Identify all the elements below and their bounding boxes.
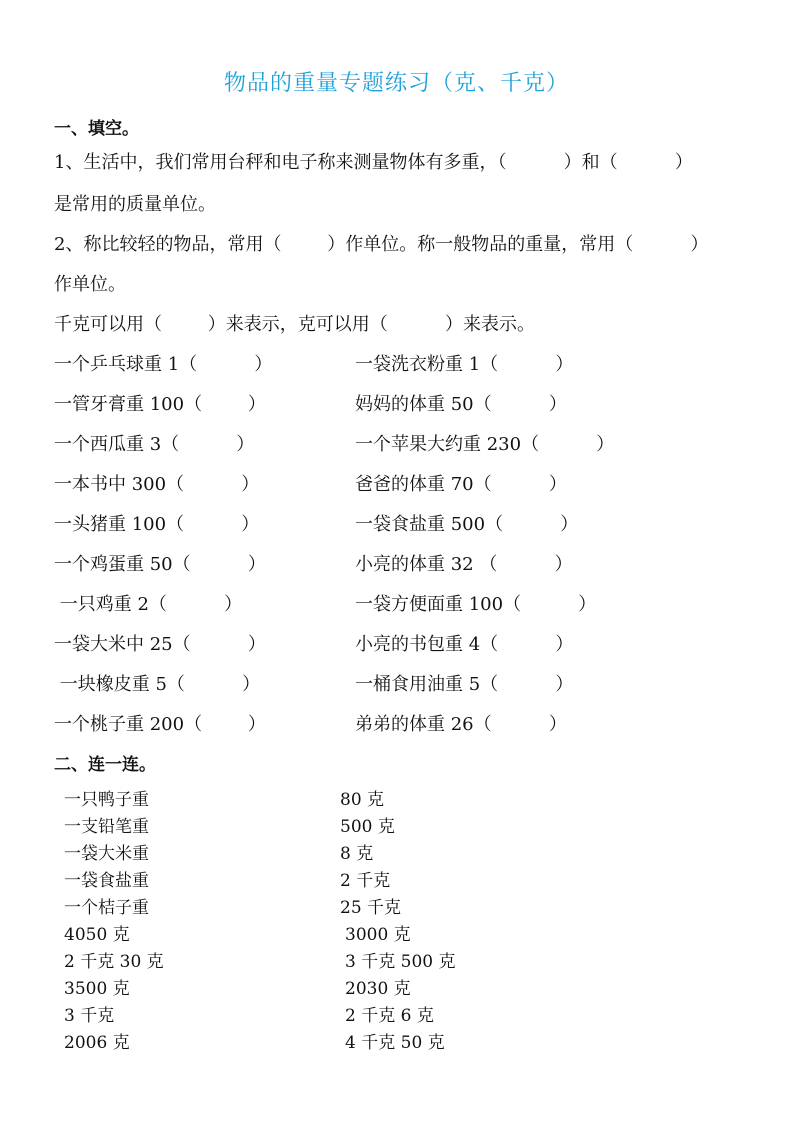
match-item: 一袋食盐重 — [64, 866, 149, 891]
fill-item: 一袋大米中 25（ ） — [54, 630, 266, 656]
fill-item: 小亮的体重 32 （ ） — [355, 550, 573, 576]
fill-item: 一袋食盐重 500（ ） — [355, 510, 578, 536]
fill-item: 一头猪重 100（ ） — [54, 510, 259, 536]
match-item: 2 千克 — [340, 866, 390, 891]
section1-heading: 一、填空。 — [54, 114, 139, 139]
match-item: 一只鸭子重 — [64, 785, 149, 810]
question-1-line-1: 1、生活中，我们常用台秤和电子称来测量物体有多重，（ ）和（ ） — [54, 148, 693, 174]
fill-item: 一袋洗衣粉重 1（ ） — [355, 350, 573, 376]
fill-item: 一袋方便面重 100（ ） — [355, 590, 596, 616]
match-item: 80 克 — [340, 785, 384, 810]
fill-item: 小亮的书包重 4（ ） — [355, 630, 573, 656]
fill-item: 爸爸的体重 70（ ） — [355, 470, 567, 496]
match-item: 2 千克 30 克 — [64, 947, 164, 972]
fill-item: 一个鸡蛋重 50（ ） — [54, 550, 266, 576]
section2-heading: 二、连一连。 — [54, 750, 156, 775]
match-item: 3000 克 — [345, 920, 411, 945]
match-item: 3 千克 500 克 — [345, 947, 455, 972]
match-item: 2 千克 6 克 — [345, 1001, 434, 1026]
fill-item: 一管牙膏重 100（ ） — [54, 390, 266, 416]
question-2-line-1: 2、称比较轻的物品，常用（ ）作单位。称一般物品的重量，常用（ ） — [54, 230, 708, 256]
question-2-line-2: 作单位。 — [54, 270, 126, 296]
match-item: 25 千克 — [340, 893, 401, 918]
match-item: 4050 克 — [64, 920, 130, 945]
fill-item: 一只鸡重 2（ ） — [54, 590, 242, 616]
match-item: 一支铅笔重 — [64, 812, 149, 837]
page-title: 物品的重量专题练习（克、千克） — [0, 66, 793, 97]
match-item: 3500 克 — [64, 974, 130, 999]
match-item: 4 千克 50 克 — [345, 1028, 445, 1053]
fill-item: 一个乒乓球重 1（ ） — [54, 350, 272, 376]
fill-item: 一本书中 300（ ） — [54, 470, 259, 496]
match-item: 3 千克 — [64, 1001, 114, 1026]
fill-item: 一个西瓜重 3（ ） — [54, 430, 254, 456]
question-3: 千克可以用（ ）来表示，克可以用（ ）来表示。 — [54, 310, 535, 336]
fill-item: 一个桃子重 200（ ） — [54, 710, 266, 736]
question-1-line-2: 是常用的质量单位。 — [54, 190, 216, 216]
fill-item: 妈妈的体重 50（ ） — [355, 390, 567, 416]
fill-item: 一块橡皮重 5（ ） — [54, 670, 260, 696]
fill-item: 一桶食用油重 5（ ） — [355, 670, 573, 696]
match-item: 500 克 — [340, 812, 395, 837]
match-item: 2006 克 — [64, 1028, 130, 1053]
match-item: 2030 克 — [345, 974, 411, 999]
fill-item: 一个苹果大约重 230（ ） — [355, 430, 614, 456]
match-item: 一个桔子重 — [64, 893, 149, 918]
match-item: 8 克 — [340, 839, 373, 864]
match-item: 一袋大米重 — [64, 839, 149, 864]
fill-item: 弟弟的体重 26（ ） — [355, 710, 567, 736]
